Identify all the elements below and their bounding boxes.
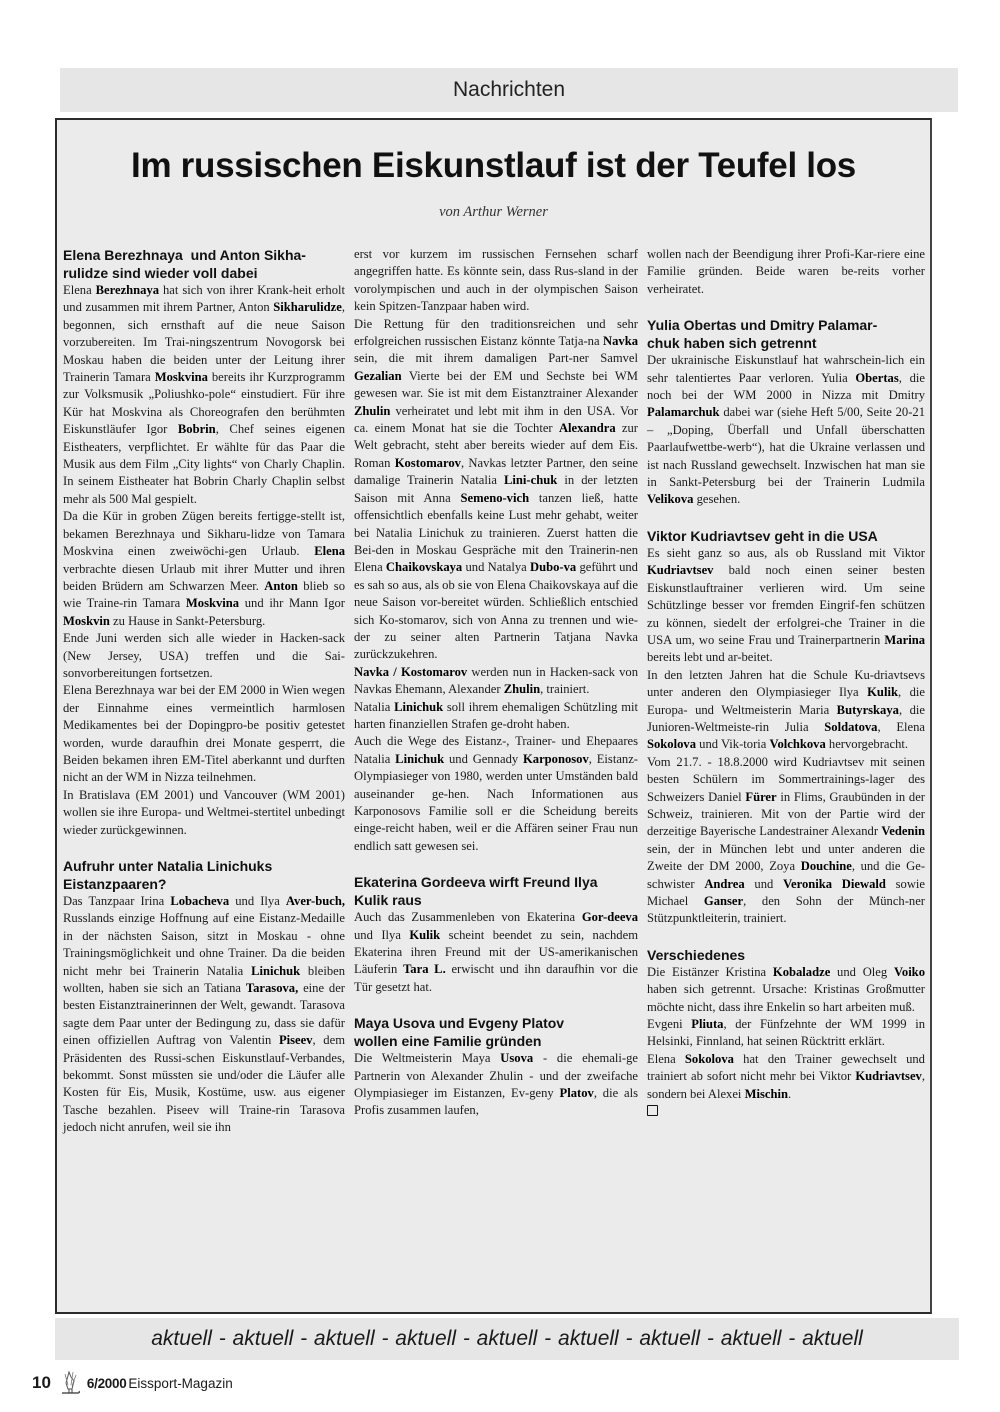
paragraph: Elena Berezhnaya war bei der EM 2000 in … — [63, 682, 345, 786]
section-header-band: Nachrichten — [60, 68, 958, 112]
page-footer: 10 6/2000 Eissport-Magazin — [32, 1368, 233, 1398]
paragraph: Die Weltmeisterin Maya Usova - die ehema… — [354, 1050, 638, 1120]
article-frame: Im russischen Eiskunstlauf ist der Teufe… — [55, 118, 932, 1314]
section-heading: Yulia Obertas und Dmitry Palamar-chuk ha… — [647, 316, 925, 352]
paragraph: Die Eistänzer Kristina Kobaladze und Ole… — [647, 964, 925, 1016]
magazine-name: Eissport-Magazin — [128, 1376, 232, 1391]
paragraph: Natalia Linichuk soll ihrem ehemaligen S… — [354, 699, 638, 734]
paragraph: Elena Sokolova hat den Trainer gewechsel… — [647, 1051, 925, 1121]
paragraph: In den letzten Jahren hat die Schule Ku-… — [647, 667, 925, 754]
paragraph: In Bratislava (EM 2001) und Vancouver (W… — [63, 787, 345, 839]
issue-number: 6/2000 — [87, 1376, 127, 1391]
aktuell-band: aktuell - aktuell - aktuell - aktuell - … — [55, 1318, 959, 1360]
paragraph: Ende Juni werden sich alle wieder in Hac… — [63, 630, 345, 682]
column-3: wollen nach der Beendigung ihrer Profi-K… — [647, 246, 925, 1120]
paragraph: Die Rettung für den traditionsreichen un… — [354, 316, 638, 664]
section-heading: Elena Berezhnaya und Anton Sikha-rulidze… — [63, 246, 345, 282]
aktuell-text: aktuell - aktuell - aktuell - aktuell - … — [151, 1327, 863, 1351]
page-number: 10 — [32, 1373, 51, 1393]
section-heading: Ekaterina Gordeeva wirft Freund IlyaKuli… — [354, 873, 638, 909]
paragraph: Es sieht ganz so aus, als ob Russland mi… — [647, 545, 925, 667]
column-1: Elena Berezhnaya und Anton Sikha-rulidze… — [63, 246, 345, 1137]
paragraph: Auch das Zusammenleben von Ekaterina Gor… — [354, 909, 638, 996]
paragraph: Das Tanzpaar Irina Lobacheva und Ilya Av… — [63, 893, 345, 1137]
section-heading: Viktor Kudriavtsev geht in die USA — [647, 527, 925, 545]
paragraph: Der ukrainische Eiskunstlauf hat wahrsch… — [647, 352, 925, 509]
square-end-mark-icon — [647, 1105, 658, 1116]
paragraph: Auch die Wege des Eistanz-, Trainer- und… — [354, 733, 638, 855]
section-heading: Aufruhr unter Natalia LinichuksEistanzpa… — [63, 857, 345, 893]
section-label: Nachrichten — [453, 78, 565, 102]
paragraph: erst vor kurzem im russischen Fernsehen … — [354, 246, 638, 316]
paragraph: Da die Kür in groben Zügen bereits ferti… — [63, 508, 345, 630]
paragraph: Evgeni Pliuta, der Fünfzehnte der WM 199… — [647, 1016, 925, 1051]
paragraph: Elena Berezhnaya hat sich von ihrer Kran… — [63, 282, 345, 508]
paragraph: Navka / Kostomarov werden nun in Hacken-… — [354, 664, 638, 699]
skater-logo-icon — [57, 1369, 83, 1397]
article-title: Im russischen Eiskunstlauf ist der Teufe… — [57, 146, 930, 186]
section-heading: Maya Usova und Evgeny Platovwollen eine … — [354, 1014, 638, 1050]
article-byline: von Arthur Werner — [57, 204, 930, 221]
paragraph: Vom 21.7. - 18.8.2000 wird Kudriavtsev m… — [647, 754, 925, 928]
column-2: erst vor kurzem im russischen Fernsehen … — [354, 246, 638, 1120]
section-heading: Verschiedenes — [647, 946, 925, 964]
paragraph: wollen nach der Beendigung ihrer Profi-K… — [647, 246, 925, 298]
